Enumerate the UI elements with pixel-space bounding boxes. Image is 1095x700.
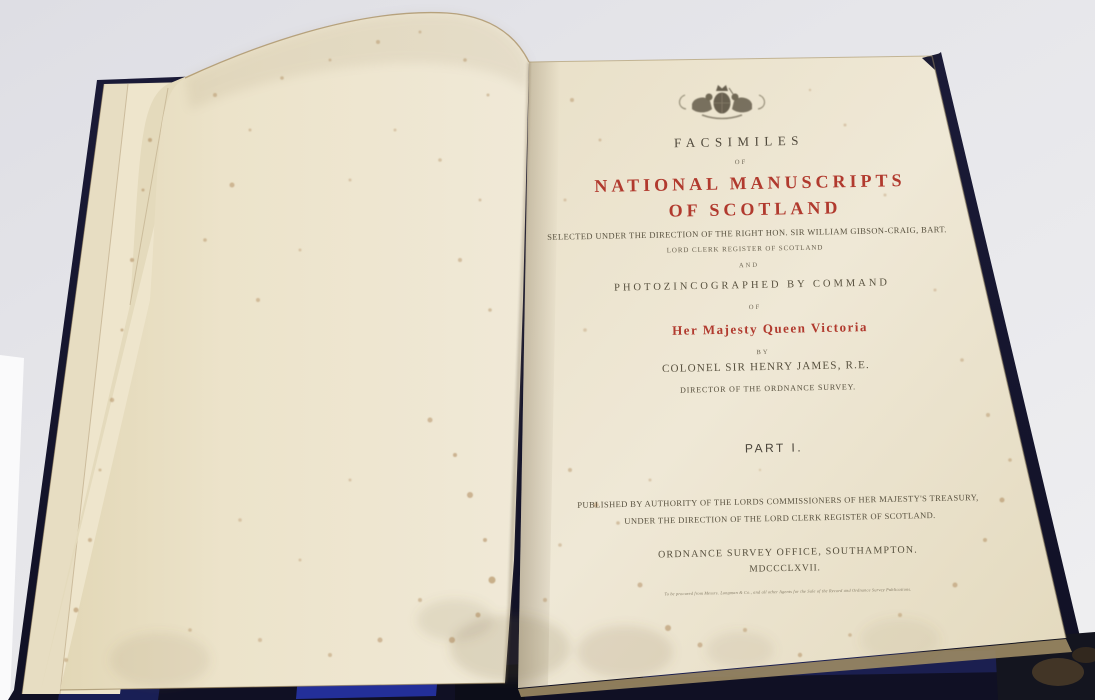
line-small-print: To be procured from Messrs. Longman & Co… <box>664 587 911 597</box>
line-facsimiles: FACSIMILES <box>674 133 804 151</box>
line-photozinco: PHOTOZINCOGRAPHED BY COMMAND <box>614 277 890 293</box>
line-selected: SELECTED UNDER THE DIRECTION OF THE RIGH… <box>547 224 947 242</box>
line-published-1: PUBLISHED BY AUTHORITY OF THE LORDS COMM… <box>577 492 978 510</box>
title-page-text: FACSIMILES OF NATIONAL MANUSCRIPTS OF SC… <box>0 0 1095 700</box>
line-queen-victoria: Her Majesty Queen Victoria <box>672 319 868 339</box>
line-colonel-james: COLONEL SIR HENRY JAMES, R.E. <box>662 359 870 375</box>
line-of-1: OF <box>735 159 747 166</box>
line-imprint-office: ORDNANCE SURVEY OFFICE, SOUTHAMPTON. <box>658 545 918 561</box>
line-of-2: OF <box>749 304 761 311</box>
book-photo: FACSIMILES OF NATIONAL MANUSCRIPTS OF SC… <box>0 0 1095 700</box>
line-part: PART I. <box>745 440 803 455</box>
line-and: AND <box>739 262 759 269</box>
line-lord-clerk: LORD CLERK REGISTER OF SCOTLAND <box>667 243 824 254</box>
line-imprint-year: MDCCCLXVII. <box>749 563 821 574</box>
line-title-red-2: OF SCOTLAND <box>668 197 841 221</box>
line-director: DIRECTOR OF THE ORDNANCE SURVEY. <box>680 382 856 394</box>
line-by: BY <box>756 349 769 356</box>
line-title-red-1: NATIONAL MANUSCRIPTS <box>594 170 906 197</box>
line-published-2: UNDER THE DIRECTION OF THE LORD CLERK RE… <box>624 510 935 526</box>
